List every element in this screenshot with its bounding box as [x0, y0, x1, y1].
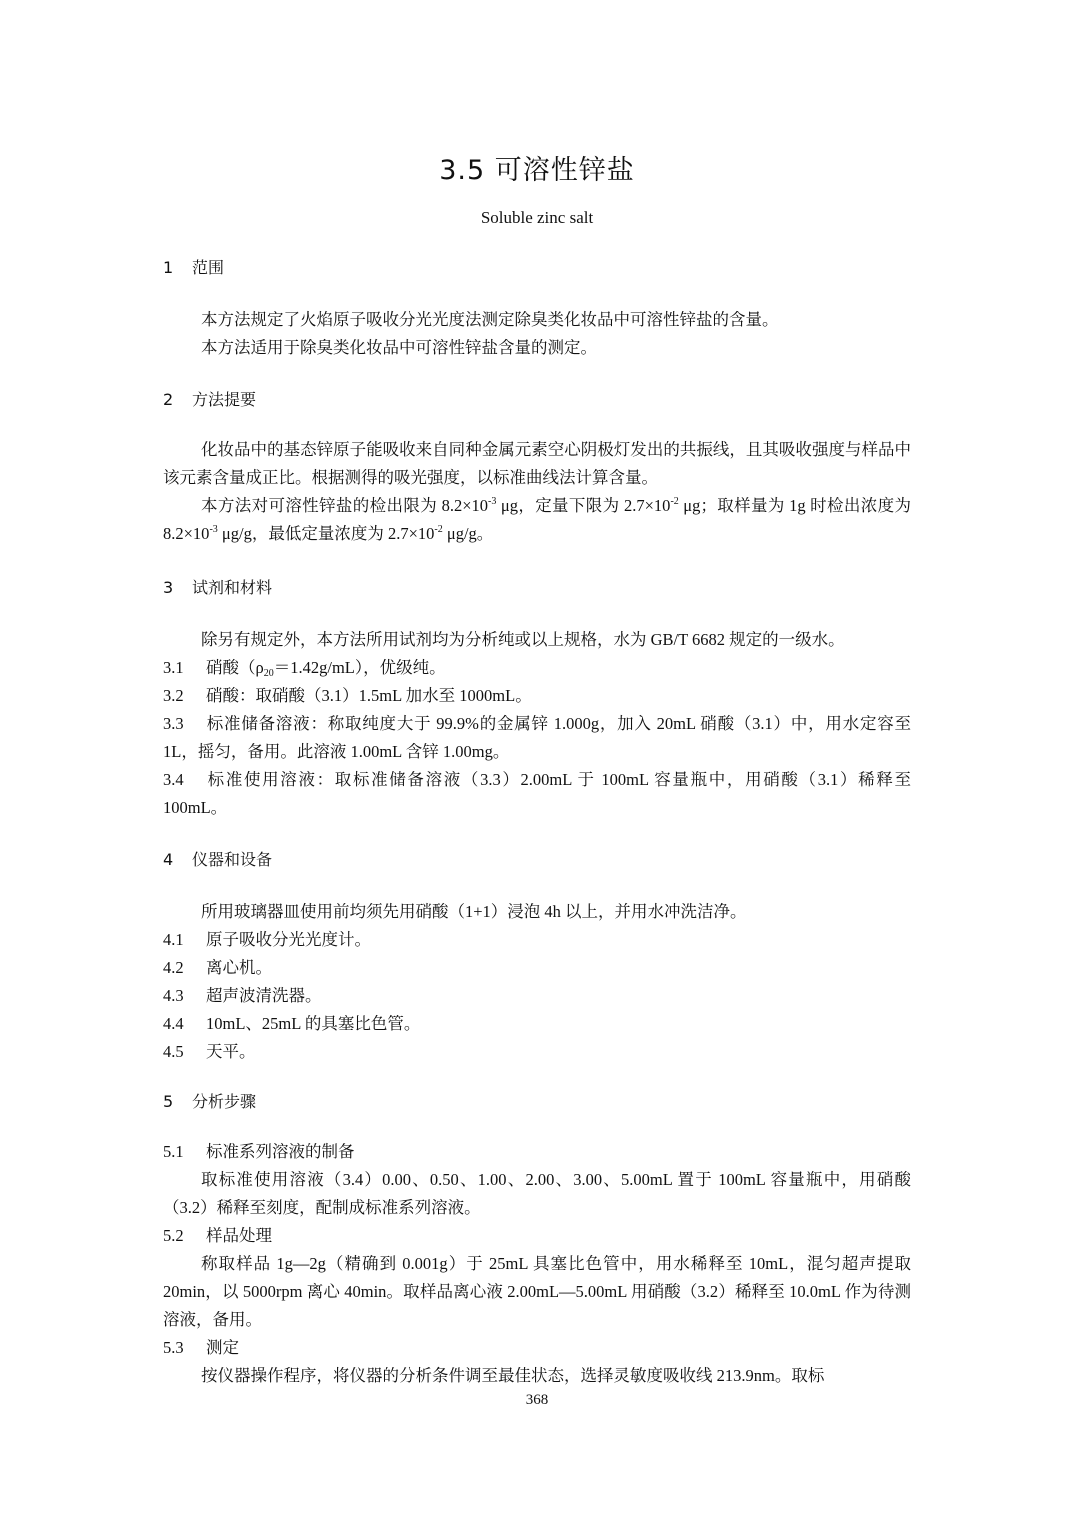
- list-item: 3.4标准使用溶液：取标准储备溶液（3.3）2.00mL 于 100mL 容量瓶…: [163, 766, 911, 822]
- section-heading-3: 3试剂和材料: [163, 574, 911, 602]
- page-title: 3.5 可溶性锌盐: [0, 148, 1074, 187]
- list-item: 4.1原子吸收分光光度计。: [163, 926, 911, 954]
- subsection-title: 5.1标准系列溶液的制备: [163, 1138, 911, 1166]
- paragraph: 所用玻璃器皿使用前均须先用硝酸（1+1）浸泡 4h 以上，并用水冲洗洁净。: [163, 898, 911, 926]
- list-item: 4.3超声波清洗器。: [163, 982, 911, 1010]
- page-number: 368: [0, 1392, 1074, 1409]
- list-item: 3.1硝酸（ρ20＝1.42g/mL），优级纯。: [163, 654, 911, 682]
- paragraph: 化妆品中的基态锌原子能吸收来自同种金属元素空心阴极灯发出的共振线，且其吸收强度与…: [163, 436, 911, 492]
- paragraph: 取标准使用溶液（3.4）0.00、0.50、1.00、2.00、3.00、5.0…: [163, 1166, 911, 1222]
- section-heading-5: 5分析步骤: [163, 1088, 911, 1116]
- list-item: 4.2离心机。: [163, 954, 911, 982]
- section-heading-4: 4仪器和设备: [163, 846, 911, 874]
- paragraph: 除另有规定外，本方法所用试剂均为分析纯或以上规格，水为 GB/T 6682 规定…: [163, 626, 911, 654]
- document-page: 3.5 可溶性锌盐 Soluble zinc salt 1范围 本方法规定了火焰…: [0, 0, 1074, 1520]
- paragraph: 本方法适用于除臭类化妆品中可溶性锌盐含量的测定。: [163, 334, 911, 362]
- page-subtitle: Soluble zinc salt: [0, 208, 1074, 228]
- list-item: 3.3标准储备溶液：称取纯度大于 99.9%的金属锌 1.000g，加入 20m…: [163, 710, 911, 766]
- list-item: 4.410mL、25mL 的具塞比色管。: [163, 1010, 911, 1038]
- section-heading-1: 1范围: [163, 254, 911, 282]
- list-item: 4.5天平。: [163, 1038, 911, 1066]
- paragraph: 本方法规定了火焰原子吸收分光光度法测定除臭类化妆品中可溶性锌盐的含量。: [163, 306, 911, 334]
- paragraph: 按仪器操作程序，将仪器的分析条件调至最佳状态，选择灵敏度吸收线 213.9nm。…: [163, 1362, 911, 1390]
- section-heading-2: 2方法提要: [163, 386, 911, 414]
- list-item: 3.2硝酸：取硝酸（3.1）1.5mL 加水至 1000mL。: [163, 682, 911, 710]
- subsection-title: 5.3测定: [163, 1334, 911, 1362]
- detection-limit-paragraph: 本方法对可溶性锌盐的检出限为 8.2×10-3 μg，定量下限为 2.7×10-…: [163, 492, 911, 548]
- subsection-title: 5.2样品处理: [163, 1222, 911, 1250]
- paragraph: 称取样品 1g—2g（精确到 0.001g）于 25mL 具塞比色管中，用水稀释…: [163, 1250, 911, 1334]
